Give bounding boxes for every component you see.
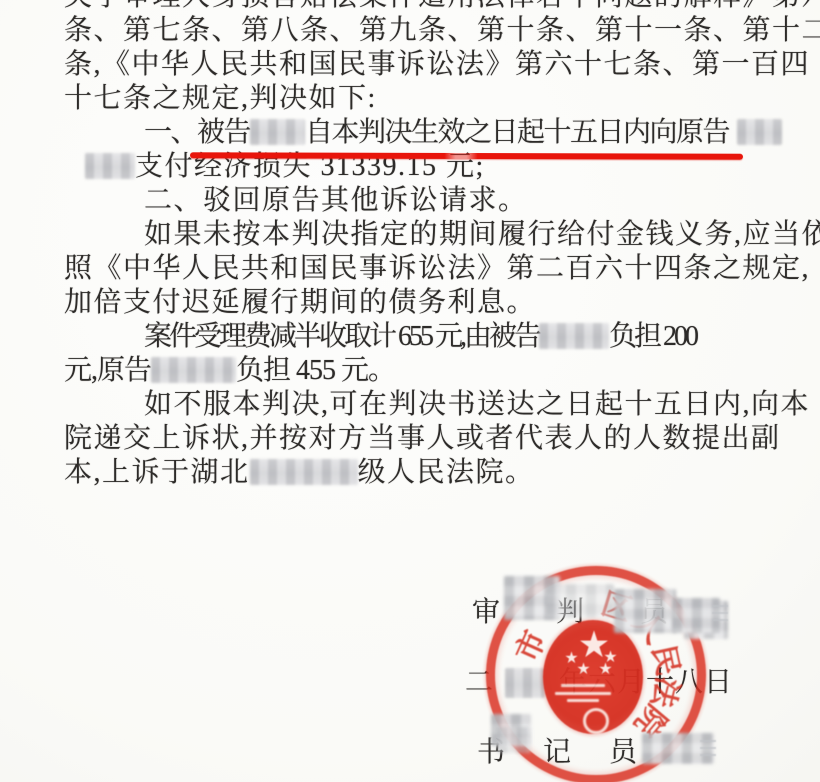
seal-ring-char: 市	[507, 624, 549, 666]
judgment-body: 关于审理人身损害赔偿案件适用法律若干问题的解释》第六条、第七条、第八条、第九条、…	[64, 0, 806, 490]
body-line: 十七条之规定,判决如下:	[64, 82, 806, 116]
redacted-text	[250, 459, 358, 485]
redacted-text	[737, 119, 782, 145]
body-line: 一、被告自本判决生效之日起十五日内向原告	[64, 116, 806, 150]
text-segment: 条、第七条、第八条、第九条、第十条、第十一条、第十二	[64, 15, 820, 46]
emblem-gate-bar	[555, 692, 611, 695]
text-segment: 自本判决生效之日起十五日内向原告	[305, 117, 729, 148]
label-char: 审	[472, 596, 500, 630]
judgment-document-page: 关于审理人身损害赔偿案件适用法律若干问题的解释》第六条、第七条、第八条、第九条、…	[0, 0, 820, 782]
text-segment: 级人民法院。	[358, 457, 535, 488]
redacted-text	[151, 357, 236, 383]
body-line: 院递交上诉状,并按对方当事人或者代表人的人数提出副	[64, 422, 806, 456]
redaction-ghost-strokes	[700, 740, 716, 760]
body-line: 条,《中华人民共和国民事诉讼法》第六十七条、第一百四	[64, 48, 806, 82]
body-line: 二、驳回原告其他诉讼请求。	[64, 184, 806, 218]
redaction-patch	[497, 727, 531, 753]
text-segment: 本,上诉于湖北	[64, 457, 250, 488]
emblem-gate-bar	[567, 699, 599, 702]
redacted-text	[85, 153, 135, 179]
redacted-text	[539, 323, 609, 349]
emblem-star-small: ★	[599, 662, 612, 675]
text-segment: 一、被告	[144, 117, 250, 148]
redaction-ghost-strokes	[712, 605, 728, 625]
text-segment: 条,《中华人民共和国民事诉讼法》第六十七条、第一百四	[64, 49, 810, 80]
redaction-patch	[546, 584, 614, 618]
text-segment: 加倍支付迟延履行期间的债务利息。	[64, 287, 536, 318]
emblem-star-small: ★	[577, 662, 590, 675]
text-segment: 如不服本判决,可在判决书送达之日起十五日内,向本	[144, 389, 810, 420]
text-segment: 院递交上诉状,并按对方当事人或者代表人的人数提出副	[64, 423, 781, 454]
body-line: 加倍支付迟延履行期间的债务利息。	[64, 286, 806, 320]
national-emblem: ★ ★ ★ ★ ★	[543, 620, 643, 734]
body-line: 如不服本判决,可在判决书送达之日起十五日内,向本	[64, 388, 806, 422]
body-line: 关于审理人身损害赔偿案件适用法律若干问题的解释》第六	[64, 0, 806, 14]
emblem-gate-bar	[561, 684, 605, 687]
text-segment: 关于审理人身损害赔偿案件适用法律若干问题的解释》第六	[64, 0, 820, 12]
text-segment: 案件受理费减半收取计 655 元,由被告	[144, 321, 539, 352]
redacted-text	[250, 119, 305, 145]
text-segment: 二、驳回原告其他诉讼请求。	[144, 185, 528, 216]
text-segment: 十七条之规定,判决如下:	[64, 83, 377, 114]
body-line: 案件受理费减半收取计 655 元,由被告负担 200	[64, 320, 806, 354]
body-line: 如果未按本判决指定的期间履行给付金钱义务,应当依	[64, 218, 806, 252]
body-line: 本,上诉于湖北级人民法院。	[64, 456, 806, 490]
text-segment: 如果未按本判决指定的期间履行给付金钱义务,应当依	[144, 219, 820, 250]
text-segment: 照《中华人民共和国民事诉讼法》第二百六十四条之规定,	[64, 253, 810, 284]
body-line: 条、第七条、第八条、第九条、第十条、第十一条、第十二	[64, 14, 806, 48]
redaction-patch	[614, 589, 676, 633]
emblem-gear	[583, 708, 609, 734]
body-line: 照《中华人民共和国民事诉讼法》第二百六十四条之规定,	[64, 252, 806, 286]
text-segment: 负担 455 元。	[236, 355, 395, 386]
text-segment: 元,原告	[64, 355, 151, 386]
body-line: 元,原告负担 455 元。	[64, 354, 806, 388]
text-segment: 负担 200	[609, 321, 696, 352]
